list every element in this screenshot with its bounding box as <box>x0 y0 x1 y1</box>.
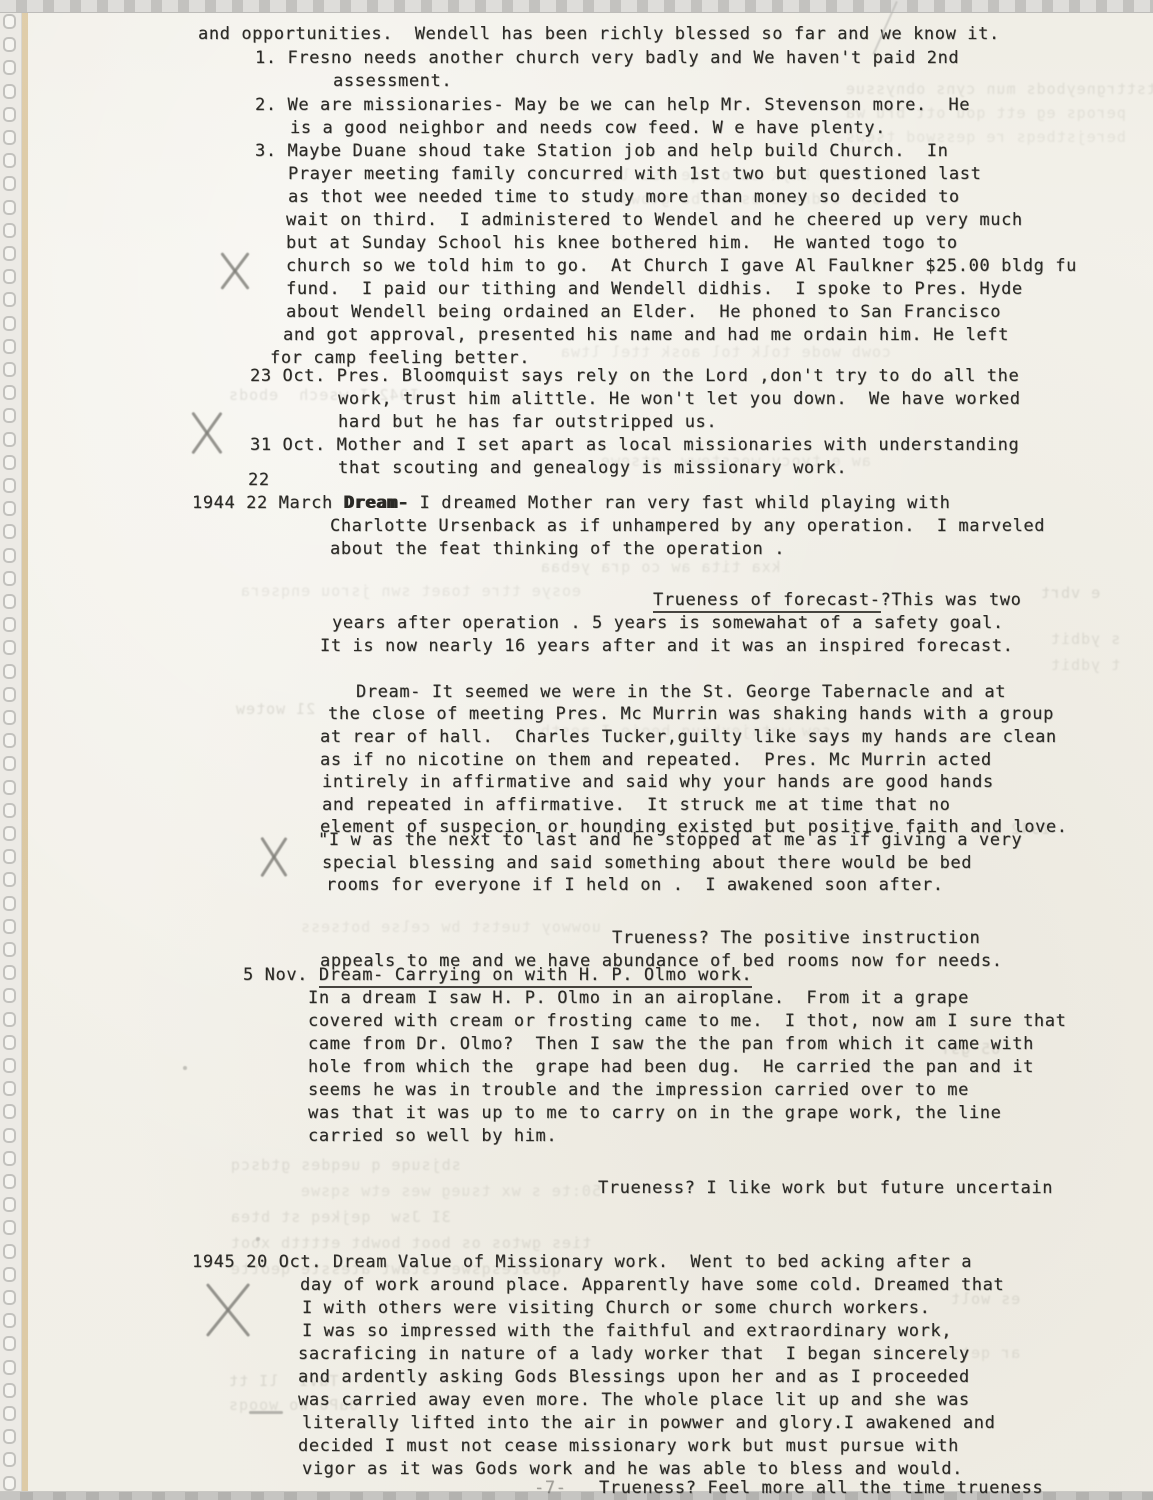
typewritten-line: and ardently asking Gods Blessings upon … <box>298 1367 970 1387</box>
typewritten-line: about the feat thinking of the operation… <box>330 539 785 559</box>
typewritten-line: came from Dr. Olmo? Then I saw the the p… <box>308 1034 1034 1054</box>
text-segment: sacraficing in nature of a lady worker t… <box>298 1344 970 1364</box>
typewritten-line: for camp feeling better. <box>270 348 530 368</box>
binder-perforation <box>3 246 16 261</box>
ink-bleedthrough-text: sbjsuqe q ueqdes gtdscq <box>230 1156 461 1174</box>
ink-bleedthrough-text: ties gwtos os boot bowbt ettttb xoot <box>230 1234 591 1252</box>
binder-perforation <box>3 60 16 75</box>
binder-perforation <box>3 1406 16 1421</box>
typewritten-line: 1. Fresno needs another church very badl… <box>255 48 959 68</box>
ink-bleedthrough-text: 50:te s wx tsueg wes etw sqswe <box>300 1182 601 1200</box>
text-segment: I with others were visiting Church or so… <box>302 1298 930 1318</box>
binder-perforation <box>3 942 16 957</box>
text-segment: special blessing and said something abou… <box>322 853 972 873</box>
binder-perforation <box>3 896 16 911</box>
binder-perforation <box>3 1336 16 1351</box>
typewritten-line: hard but he has far outstripped us. <box>338 412 717 432</box>
typewritten-line: was carried away even more. The whole pl… <box>298 1390 970 1410</box>
paper-speck <box>183 1066 187 1070</box>
binder-perforation <box>3 84 16 99</box>
binder-perforation <box>3 594 16 609</box>
text-segment: 3. Maybe Duane shoud take Station job an… <box>255 141 948 161</box>
binder-perforation <box>3 107 16 122</box>
text-segment: church so we told him to go. At Church I… <box>286 256 1077 276</box>
binder-perforation <box>3 1081 16 1096</box>
typewritten-line: In a dream I saw H. P. Olmo in an airopl… <box>308 988 969 1008</box>
text-segment: about Wendell being ordained an Elder. H… <box>286 302 1001 322</box>
scan-edge-top <box>0 0 1153 13</box>
typewritten-line: 22 <box>248 470 270 490</box>
handwritten-x-mark <box>221 253 248 289</box>
text-segment: Trueness? I like work but future uncerta… <box>598 1178 1053 1198</box>
ink-bleedthrough-text: 21 wotew <box>235 700 315 718</box>
text-segment: covered with cream or frosting came to m… <box>308 1011 1066 1031</box>
typewritten-line: seems he was in trouble and the impressi… <box>308 1080 969 1100</box>
binder-perforation <box>3 571 16 586</box>
binder-perforation <box>3 756 16 771</box>
binder-perforation <box>3 1360 16 1375</box>
text-segment: assessment. <box>333 71 452 91</box>
text-segment: Trueness? The positive instruction <box>612 928 980 948</box>
typewritten-line: years after operation . 5 years is somew… <box>332 613 1004 633</box>
handwritten-x-mark <box>207 1284 249 1336</box>
text-segment: I dreamed Mother ran very fast whild pla… <box>409 493 951 513</box>
typewritten-line: assessment. <box>333 71 452 91</box>
typewritten-line: that scouting and genealogy is missionar… <box>338 458 847 478</box>
binder-perforation <box>3 1290 16 1305</box>
typewritten-line: "I w as the next to last and he stopped … <box>318 830 1022 850</box>
binder-perforation <box>3 1313 16 1328</box>
text-segment: years after operation . 5 years is somew… <box>332 613 1004 633</box>
binder-perforation <box>3 1058 16 1073</box>
text-segment: work, trust him alittle. He won't let yo… <box>338 389 1021 409</box>
text-segment: carried so well by him. <box>308 1126 557 1146</box>
binder-perforation <box>3 153 16 168</box>
typewritten-line: literally lifted into the air in powwer … <box>302 1413 995 1433</box>
typewritten-line: covered with cream or frosting came to m… <box>308 1011 1066 1031</box>
binder-perforation <box>3 849 16 864</box>
binder-perforation <box>3 1012 16 1027</box>
text-segment: vigor as it was Gods work and he was abl… <box>302 1459 963 1479</box>
text-segment: was that it was up to me to carry on in … <box>308 1103 1001 1123</box>
typewritten-line: sacraficing in nature of a lady worker t… <box>298 1344 970 1364</box>
binder-perforation <box>3 478 16 493</box>
typewritten-line: decided I must not cease missionary work… <box>298 1436 959 1456</box>
binder-perforation <box>3 803 16 818</box>
typewritten-line: carried so well by him. <box>308 1126 557 1146</box>
handwritten-dash-mark <box>249 1411 283 1414</box>
text-segment: as if no nicotine on them and repeated. … <box>320 750 992 770</box>
ink-bleedthrough-text: cowb wode tolk tol aosk ttel ltwa <box>560 343 891 361</box>
binder-perforation <box>3 1128 16 1143</box>
binder-perforation <box>3 640 16 655</box>
binder-perforation <box>3 385 16 400</box>
text-segment: hard but he has far outstripped us. <box>338 412 717 432</box>
text-segment: hole from which the grape had been dug. … <box>308 1057 1034 1077</box>
binder-perforation <box>3 548 16 563</box>
typewritten-line: Trueness? I like work but future uncerta… <box>598 1178 1053 1198</box>
typewritten-line: wait on third. I administered to Wendel … <box>286 210 1023 230</box>
binder-perforation <box>3 1151 16 1166</box>
text-segment: 31 Oct. Mother and I set apart as local … <box>250 435 1019 455</box>
binder-perforation <box>3 339 16 354</box>
text-segment: 2. We are missionaries- May be we can he… <box>255 95 970 115</box>
text-segment: Prayer meeting family concurred with 1st… <box>288 164 981 184</box>
binder-perforation <box>3 733 16 748</box>
ink-bleedthrough-text: s ydbit <box>1050 630 1120 648</box>
typewritten-line: 23 Oct. Pres. Bloomquist says rely on th… <box>250 366 1019 386</box>
underlined-heading: Dream- Carrying on with H. P. Olmo work. <box>319 965 752 988</box>
binder-perforation <box>3 617 16 632</box>
typewritten-line: 2. We are missionaries- May be we can he… <box>255 95 970 115</box>
binder-perforation <box>3 200 16 215</box>
binder-perforation <box>3 316 16 331</box>
text-segment: rooms for everyone if I held on . I awak… <box>326 875 944 895</box>
text-segment: and ardently asking Gods Blessings upon … <box>298 1367 970 1387</box>
binder-perforation <box>3 1220 16 1235</box>
binder-perforation <box>3 1174 16 1189</box>
binder-perforation <box>3 130 16 145</box>
text-segment: In a dream I saw H. P. Olmo in an airopl… <box>308 988 969 1008</box>
typewritten-line: I was so impressed with the faithful and… <box>302 1321 952 1341</box>
text-segment: decided I must not cease missionary work… <box>298 1436 959 1456</box>
text-segment: is a good neighbor and needs cow feed. W… <box>290 118 886 138</box>
typewritten-line: rooms for everyone if I held on . I awak… <box>326 875 944 895</box>
text-segment: Trueness? Feel more all the time truenes… <box>567 1478 1044 1498</box>
text-segment: It is now nearly 16 years after and it w… <box>320 636 1013 656</box>
binder-perforation <box>3 1383 16 1398</box>
binder-perforation <box>3 1104 16 1119</box>
binder-perforation <box>3 1244 16 1259</box>
binder-perforation <box>3 432 16 447</box>
typewritten-line: work, trust him alittle. He won't let yo… <box>338 389 1021 409</box>
binder-perforation <box>3 292 16 307</box>
typewritten-line: as thot wee needed time to study more th… <box>288 187 960 207</box>
text-segment: 23 Oct. Pres. Bloomquist says rely on th… <box>250 366 1019 386</box>
typewritten-line: 5 Nov. Dream- Carrying on with H. P. Olm… <box>243 965 752 985</box>
typewritten-line: Prayer meeting family concurred with 1st… <box>288 164 981 184</box>
ink-bleedthrough-text: eosye ttre toaet swn jsrou enqsera <box>240 582 581 600</box>
binder-perforation <box>3 919 16 934</box>
typewritten-line: church so we told him to go. At Church I… <box>286 256 1077 276</box>
binder-perforation <box>3 687 16 702</box>
text-segment: 22 <box>248 470 270 490</box>
text-segment: 1944 22 March <box>192 493 344 513</box>
text-segment: for camp feeling better. <box>270 348 530 368</box>
text-segment: the close of meeting Pres. Mc Murrin was… <box>328 704 1054 724</box>
typewritten-line: fund. I paid our tithing and Wendell did… <box>286 279 1023 299</box>
binder-perforation <box>3 524 16 539</box>
binder-perforation <box>3 826 16 841</box>
binder-perforation <box>3 14 16 29</box>
page-gummed-edge <box>22 10 28 1500</box>
typewritten-line: -7- Trueness? Feel more all the time tru… <box>534 1478 1043 1498</box>
text-segment: as thot wee needed time to study more th… <box>288 187 960 207</box>
binder-perforation <box>3 223 16 238</box>
underlined-heading: Trueness of forecast- <box>653 590 881 613</box>
ink-bleedthrough-text: uowwoy tuetst bw celse botsess <box>300 918 601 936</box>
text-segment: day of work around place. Apparently hav… <box>300 1275 1004 1295</box>
typewritten-line: 1945 20 Oct. Dream Value of Missionary w… <box>192 1252 972 1272</box>
text-segment: but at Sunday School his knee bothered h… <box>286 233 958 253</box>
text-segment: literally lifted into the air in powwer … <box>302 1413 995 1433</box>
binder-edge-strip <box>0 10 22 1500</box>
typewritten-line: Trueness? The positive instruction <box>612 928 980 948</box>
overstruck-word: Dream- <box>344 493 409 513</box>
typewritten-line: 31 Oct. Mother and I set apart as local … <box>250 435 1019 455</box>
binder-perforation <box>3 1429 16 1444</box>
binder-perforation <box>3 455 16 470</box>
text-segment: and got approval, presented his name and… <box>283 325 1009 345</box>
binder-perforation <box>3 872 16 887</box>
text-segment: 1. Fresno needs another church very badl… <box>255 48 959 68</box>
typewritten-line: intirely in affirmative and said why you… <box>322 772 994 792</box>
binder-perforation <box>3 988 16 1003</box>
binder-perforation <box>3 37 16 52</box>
binder-perforation <box>3 1197 16 1212</box>
text-segment: was carried away even more. The whole pl… <box>298 1390 970 1410</box>
binder-perforation <box>3 1452 16 1467</box>
text-segment: "I w as the next to last and he stopped … <box>318 830 1022 850</box>
text-segment: and repeated in affirmative. It struck m… <box>322 795 950 815</box>
typewritten-line: 1944 22 March Dream- I dreamed Mother ra… <box>192 493 950 513</box>
text-segment: I was so impressed with the faithful and… <box>302 1321 952 1341</box>
typewritten-line: It is now nearly 16 years after and it w… <box>320 636 1013 656</box>
typewritten-line: at rear of hall. Charles Tucker,guilty l… <box>320 727 1057 747</box>
typewritten-line: and got approval, presented his name and… <box>283 325 1009 345</box>
typewritten-line: vigor as it was Gods work and he was abl… <box>302 1459 963 1479</box>
typewritten-line: I with others were visiting Church or so… <box>302 1298 930 1318</box>
binder-perforation <box>3 710 16 725</box>
typewritten-line: special blessing and said something abou… <box>322 853 972 873</box>
handwritten-x-mark <box>261 837 286 876</box>
handwritten-x-mark <box>192 412 221 453</box>
binder-perforation <box>3 362 16 377</box>
typewritten-line: is a good neighbor and needs cow feed. W… <box>290 118 886 138</box>
typewritten-line: Charlotte Ursenback as if unhampered by … <box>330 516 1045 536</box>
text-segment: about the feat thinking of the operation… <box>330 539 785 559</box>
binder-perforation <box>3 965 16 980</box>
typewritten-line: the close of meeting Pres. Mc Murrin was… <box>328 704 1054 724</box>
text-segment: seems he was in trouble and the impressi… <box>308 1080 969 1100</box>
text-segment: 5 Nov. <box>243 965 319 985</box>
ink-bleedthrough-text: t ydbit <box>1050 656 1120 674</box>
text-segment: at rear of hall. Charles Tucker,guilty l… <box>320 727 1057 747</box>
typewritten-line: as if no nicotine on them and repeated. … <box>320 750 992 770</box>
text-segment: Charlotte Ursenback as if unhampered by … <box>330 516 1045 536</box>
scanned-page: setsttrgneybods mun cyns obnyssueperoqs … <box>0 0 1153 1500</box>
paper-speck <box>256 1237 260 1241</box>
text-segment: ?This was two <box>881 590 1022 610</box>
typewritten-line: was that it was up to me to carry on in … <box>308 1103 1001 1123</box>
text-segment: fund. I paid our tithing and Wendell did… <box>286 279 1023 299</box>
text-segment: 1945 20 Oct. Dream Value of Missionary w… <box>192 1252 972 1272</box>
typewritten-line: 3. Maybe Duane shoud take Station job an… <box>255 141 948 161</box>
binder-perforation <box>3 1476 16 1491</box>
binder-perforation <box>3 664 16 679</box>
binder-perforation <box>3 1267 16 1282</box>
text-segment: that scouting and genealogy is missionar… <box>338 458 847 478</box>
ink-bleedthrough-text: kxa tita aw co qra yebaa <box>540 558 781 576</box>
typewritten-line: day of work around place. Apparently hav… <box>300 1275 1004 1295</box>
binder-perforation <box>3 1035 16 1050</box>
ink-bleedthrough-text: e vbrt <box>1040 584 1100 602</box>
binder-perforation <box>3 780 16 795</box>
binder-perforation <box>3 269 16 284</box>
typewritten-line: hole from which the grape had been dug. … <box>308 1057 1034 1077</box>
ink-bleedthrough-text: 3I Jsw qejkeq st btea <box>230 1208 451 1226</box>
binder-perforation <box>3 408 16 423</box>
text-segment: intirely in affirmative and said why you… <box>322 772 994 792</box>
typewritten-line: Dream- It seemed we were in the St. Geor… <box>356 682 1006 702</box>
typewritten-line: about Wendell being ordained an Elder. H… <box>286 302 1001 322</box>
text-segment: Dream- It seemed we were in the St. Geor… <box>356 682 1006 702</box>
text-segment: wait on third. I administered to Wendel … <box>286 210 1023 230</box>
text-segment: came from Dr. Olmo? Then I saw the the p… <box>308 1034 1034 1054</box>
binder-perforation <box>3 176 16 191</box>
typewritten-line: and repeated in affirmative. It struck m… <box>322 795 950 815</box>
typewritten-line: Trueness of forecast-?This was two <box>653 590 1021 610</box>
page-number: -7- <box>534 1478 567 1498</box>
typewritten-line: but at Sunday School his knee bothered h… <box>286 233 958 253</box>
binder-perforation <box>3 501 16 516</box>
